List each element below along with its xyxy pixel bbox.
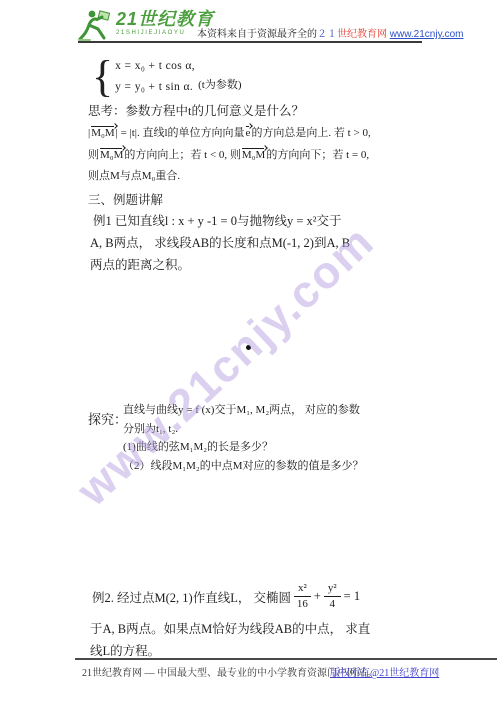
footer-copyright-link[interactable]: 版权所有@21世纪教育网 [330,664,439,679]
fraction-y-numerator: y² [324,582,341,597]
vector-m0m-3: M₀M [241,149,266,161]
explore-line-4: （2）线段M₁M₂的中点M对应的参数的值是多少？ [123,457,364,476]
tagline-site-name: 世纪教育网 [337,29,387,40]
ellipse-fraction-y: y² 4 [324,582,341,611]
fraction-y-denominator: 4 [329,597,335,611]
tagline-url-link[interactable]: www.21cnjy.com [390,29,464,40]
section-heading: 三、例题讲解 [88,190,163,208]
header-divider [78,41,422,43]
tagline-prefix: 本资料来自于资源最齐全的 [197,29,317,40]
coincide-line: 则点M与点M₀重合. [88,167,180,183]
header-logo: 21世纪教育 21SHIJIEJIAOYU [76,9,214,41]
header-tagline: 本资料来自于资源最齐全的２１世纪教育网 www.21cnjy.com [197,25,464,40]
example1-line-1: 例1 已知直线l : x + y -1 = 0与抛物线y = x²交于 [93,211,342,229]
explore-line-3: (1)曲线的弦M₁M₂的长是多少？ [123,438,364,457]
stray-ink-dot [246,345,251,350]
footer-divider [75,658,497,660]
tagline-site-number: ２１ [317,29,337,40]
dir-text-3: 的方向向下；若 t = 0, [266,149,369,161]
example1-line-3: 两点的距离之积。 [90,255,190,273]
example1-line-2: A, B两点， 求线段AB的长度和点M(-1, 2)到A, B [90,233,350,251]
unit-vector-e: e [245,127,252,139]
equation-system: { x = x₀ + t cos α, y = y₀ + t sin α. (t… [92,55,241,99]
vector-m0m: M₀M [90,127,115,139]
fraction-x-denominator: 16 [297,597,308,611]
explore-line-2: 分别为t₁, t₂. [123,420,364,439]
dir-text-1: 则 [88,149,99,161]
explore-block: 直线与曲线y = f (x)交于M₁, M₂两点， 对应的参数 分别为t₁, t… [123,401,364,475]
direction-cases-line: 则M₀M的方向向上；若 t < 0, 则M₀M的方向向下；若 t = 0, [88,146,369,162]
think-question: 思考：参数方程中t的几何意义是什么？ [88,101,304,119]
dir-text-2: 的方向向上；若 t < 0, 则 [124,149,241,161]
system-row-2: y = y₀ + t sin α. [115,77,195,98]
magnitude-text: = |t|. 直线l的单位方向向量 [118,127,245,139]
explore-label: 探究： [88,409,127,428]
vector-m0m-2: M₀M [99,149,124,161]
example2-line-3: 线L的方程。 [90,641,160,659]
worksheet-page: 21世纪教育 21SHIJIEJIAOYU 本资料来自于资源最齐全的２１世纪教育… [0,0,500,707]
system-row-1: x = x₀ + t cos α, [115,56,195,77]
system-brace: { [92,55,113,99]
runner-icon [76,9,112,41]
ellipse-fraction-x: x² 16 [294,582,311,611]
example2-line-1: 例2. 经过点M(2, 1)作直线L， 交椭圆 x² 16 + y² 4 = 1 [92,582,360,611]
example2-line-2: 于A, B两点。如果点M恰好为线段AB的中点， 求直 [90,619,370,637]
vector-magnitude-line: |M₀M| = |t|. 直线l的单位方向向量e的方向总是向上. 若 t > 0… [88,124,371,140]
direction-up-text: 的方向总是向上. 若 t > 0, [251,127,370,139]
fraction-x-numerator: x² [294,582,311,597]
explore-line-1: 直线与曲线y = f (x)交于M₁, M₂两点， 对应的参数 [123,401,364,420]
equals-one: = 1 [344,589,360,604]
example2-pre-text: 例2. 经过点M(2, 1)作直线L， 交椭圆 [92,588,291,606]
system-rows: x = x₀ + t cos α, y = y₀ + t sin α. [115,56,195,98]
system-parameter-note: (t为参数) [198,76,241,92]
plus-sign: + [314,589,321,604]
